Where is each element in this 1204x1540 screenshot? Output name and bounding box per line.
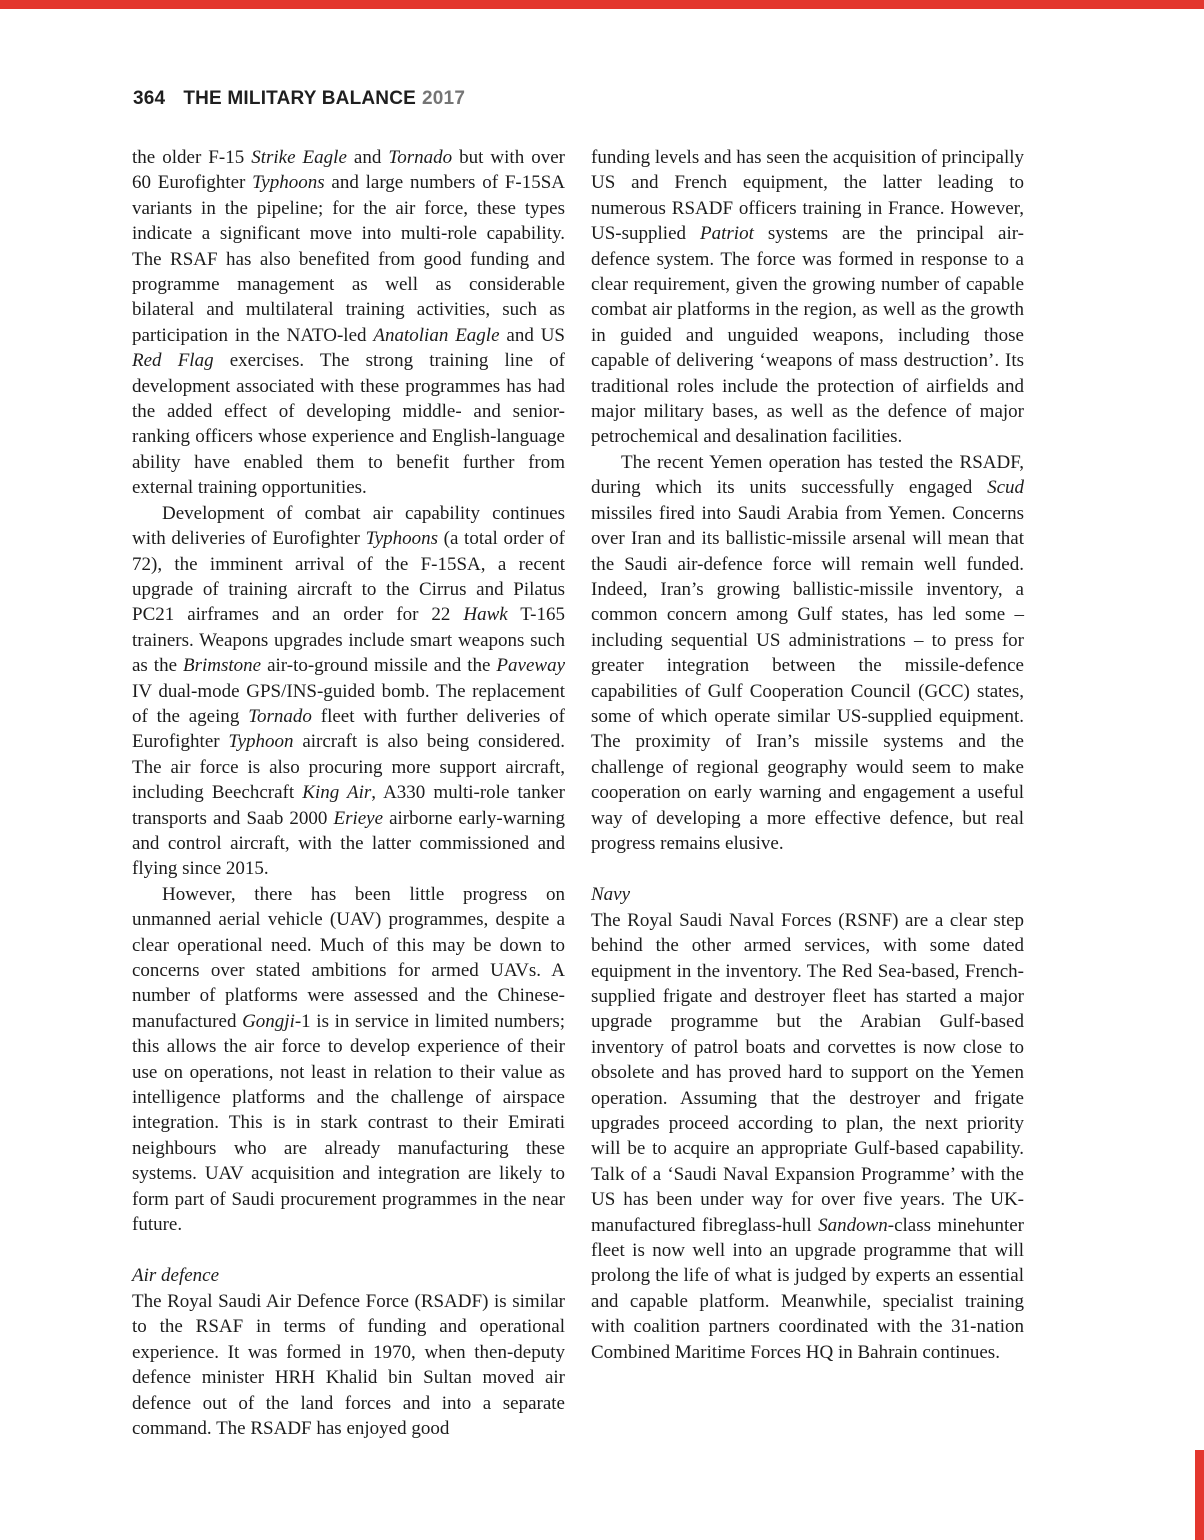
page-number: 364 [133,88,165,109]
text-column-left: the older F-15 Strike Eagle and Tornado … [132,145,565,1441]
book-title: THE MILITARY BALANCE [183,88,416,109]
edition-year: 2017 [422,88,465,109]
text-column-right: funding levels and has seen the acquisit… [591,145,1024,1365]
section-heading: Air defence [132,1263,565,1288]
running-header: 364THE MILITARY BALANCE2017 [133,88,465,110]
body-paragraph: The recent Yemen operation has tested th… [591,450,1024,857]
book-page: 364THE MILITARY BALANCE2017 the older F-… [0,0,1204,1540]
body-paragraph: funding levels and has seen the acquisit… [591,145,1024,450]
body-paragraph: Development of combat air capability con… [132,501,565,882]
chapter-edge-tab [1195,1450,1204,1540]
body-paragraph: The Royal Saudi Naval Forces (RSNF) are … [591,908,1024,1365]
body-paragraph: However, there has been little progress … [132,882,565,1238]
section-heading: Navy [591,882,1024,907]
body-paragraph: The Royal Saudi Air Defence Force (RSADF… [132,1289,565,1441]
body-paragraph: the older F-15 Strike Eagle and Tornado … [132,145,565,501]
chapter-accent-bar [0,0,1204,9]
